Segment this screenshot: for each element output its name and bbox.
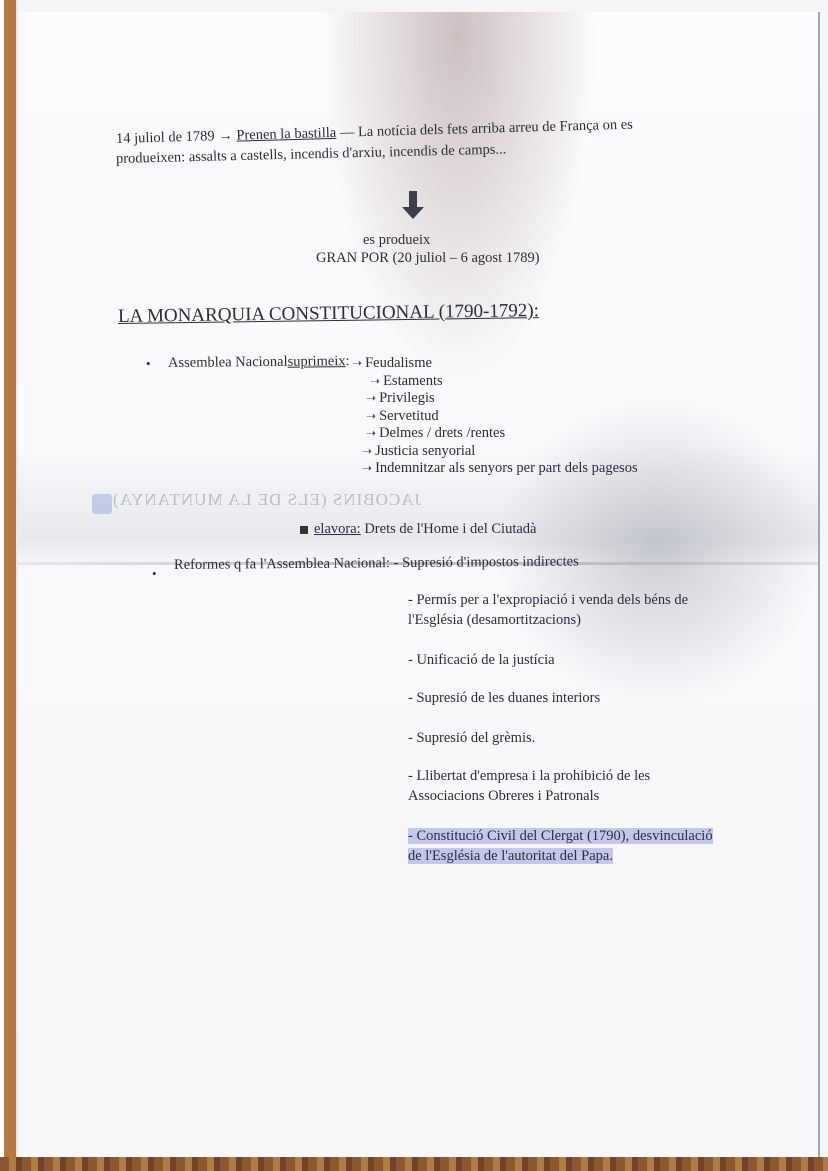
consequence-title: GRAN POR (20 juliol – 6 agost 1789) bbox=[316, 249, 540, 267]
arrow-right-icon: ➝ bbox=[366, 426, 376, 440]
assemblea-label: Assemblea Nacional bbox=[168, 354, 288, 371]
suppressed-item: ➝Estaments bbox=[370, 372, 443, 390]
reformes-item: - Supresió d'impostos indirectes bbox=[394, 553, 579, 571]
suppressed-item: ➝Indemnitzar als senyors per part dels p… bbox=[362, 459, 638, 477]
assemblea-verb: suprimeix bbox=[288, 353, 346, 370]
assemblea-line: Assemblea Nacionalsuprimeix: bbox=[168, 352, 350, 372]
paper-sheet bbox=[18, 12, 818, 1157]
arrow-right-icon: ➝ bbox=[366, 391, 376, 405]
suppressed-item: ➝Delmes / drets /rentes bbox=[366, 424, 505, 442]
show-through-heading: JACOBINS (ELS DE LA MUNTANYA) bbox=[112, 490, 421, 510]
suppressed-item: ➝Privilegis bbox=[366, 389, 435, 407]
arrow-right-icon: ➝ bbox=[362, 444, 372, 458]
intro-dash: — bbox=[340, 124, 355, 140]
square-bullet-icon bbox=[300, 526, 308, 534]
show-through-bullet bbox=[92, 494, 112, 514]
arrow-right-icon: ➝ bbox=[352, 356, 362, 370]
bullet-icon: • bbox=[146, 356, 151, 372]
reform-item: - Unificació de la justícia bbox=[408, 650, 728, 670]
intro-date: 14 juliol de 1789 bbox=[116, 128, 215, 147]
reform-item: - Llibertat d'empresa i la prohibició de… bbox=[408, 766, 728, 806]
reformes-label: Reformes q fa l'Assemblea Nacional: bbox=[174, 555, 390, 573]
arrow-right-icon: ➝ bbox=[366, 409, 376, 423]
clavora-label: elavora: bbox=[314, 521, 361, 537]
suppressed-item: ➝Feudalisme bbox=[352, 354, 432, 372]
reform-item: - Supresió del grèmis. bbox=[408, 728, 728, 748]
reformes-line: Reformes q fa l'Assemblea Nacional: - Su… bbox=[174, 552, 579, 574]
arrow-right-icon: ➝ bbox=[362, 461, 372, 475]
reform-item: - Permís per a l'expropiació i venda del… bbox=[408, 590, 728, 630]
clavora-text: Drets de l'Home i del Ciutadà bbox=[364, 521, 536, 537]
bullet-icon: • bbox=[152, 566, 157, 582]
reform-item: - Constitució Civil del Clergat (1790), … bbox=[408, 826, 728, 866]
suppressed-item: ➝Servetitud bbox=[366, 407, 439, 425]
reform-item: - Supresió de les duanes interiors bbox=[408, 688, 728, 708]
arrow-right-icon: ➝ bbox=[370, 374, 380, 388]
suppressed-item: ➝Justicia senyorial bbox=[362, 442, 475, 460]
paper-edge-right bbox=[818, 12, 820, 1157]
consequence-label: es produeix bbox=[363, 231, 430, 249]
table-edge-bottom bbox=[0, 1157, 828, 1171]
arrow-right-icon: → bbox=[218, 128, 233, 144]
intro-event: Prenen la bastilla bbox=[236, 125, 336, 144]
clavora-line: elavora: Drets de l'Home i del Ciutadà bbox=[300, 520, 536, 538]
down-arrow-icon bbox=[405, 191, 421, 221]
table-edge-left bbox=[0, 0, 18, 1171]
